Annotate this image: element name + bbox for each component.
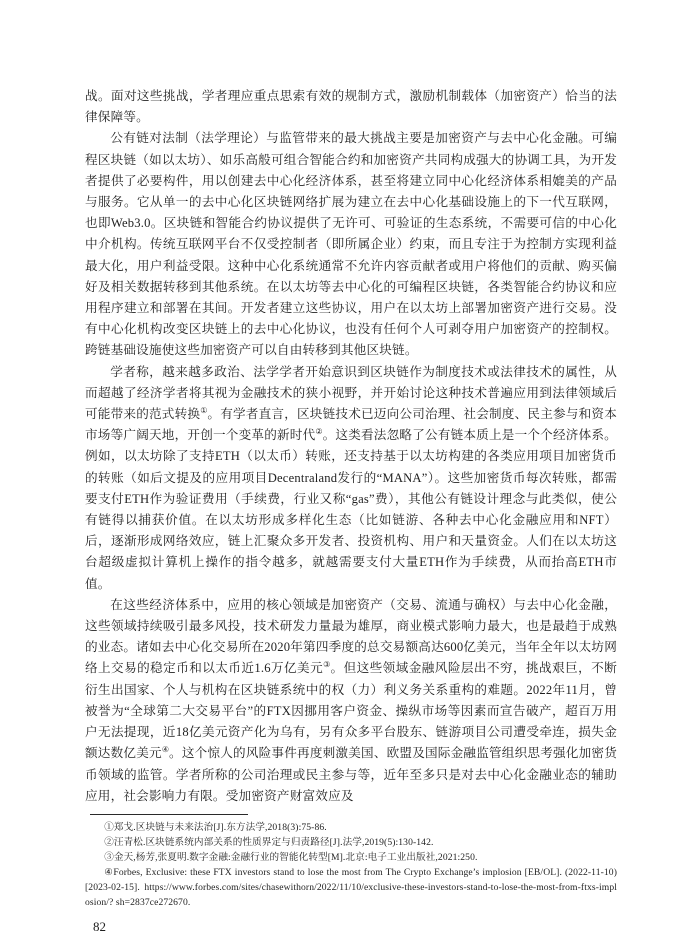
body-paragraph-public-chain-challenge: 公有链对法制（法学理论）与监管带来的最大挑战主要是加密资产与去中心化金融。可编程… [85, 128, 617, 361]
document-page: 战。面对这些挑战，学者理应重点思索有效的规制方式，激励机制载体（加密资产）恰当的… [0, 0, 700, 943]
footnote-3: ③金天,杨芳,张夏明.数字金融:金融行业的智能化转型[M].北京:电子工业出版社… [85, 850, 617, 865]
text-column: 战。面对这些挑战，学者理应重点思索有效的规制方式，激励机制载体（加密资产）恰当的… [85, 86, 617, 935]
footnote-1: ①郑戈.区块链与未来法治[J].东方法学,2018(3):75-86. [85, 820, 617, 835]
page-number: 82 [93, 919, 617, 935]
footnote-separator [90, 814, 248, 815]
body-paragraph-continuation: 战。面对这些挑战，学者理应重点思索有效的规制方式，激励机制载体（加密资产）恰当的… [85, 86, 617, 128]
footnote-block: ①郑戈.区块链与未来法治[J].东方法学,2018(3):75-86. ②汪青松… [85, 814, 617, 910]
body-paragraph-economic-systems: 在这些经济体系中，应用的核心领域是加密资产（交易、流通与确权）与去中心化金融，这… [85, 595, 617, 807]
footnote-2: ②汪青松.区块链系统内部关系的性质界定与归责路径[J].法学,2019(5):1… [85, 835, 617, 850]
footnote-4: ④Forbes, Exclusive: these FTX investors … [85, 865, 617, 910]
body-paragraph-scholars-view: 学者称，越来越多政治、法学学者开始意识到区块链作为制度技术或法律技术的属性，从而… [85, 362, 617, 595]
